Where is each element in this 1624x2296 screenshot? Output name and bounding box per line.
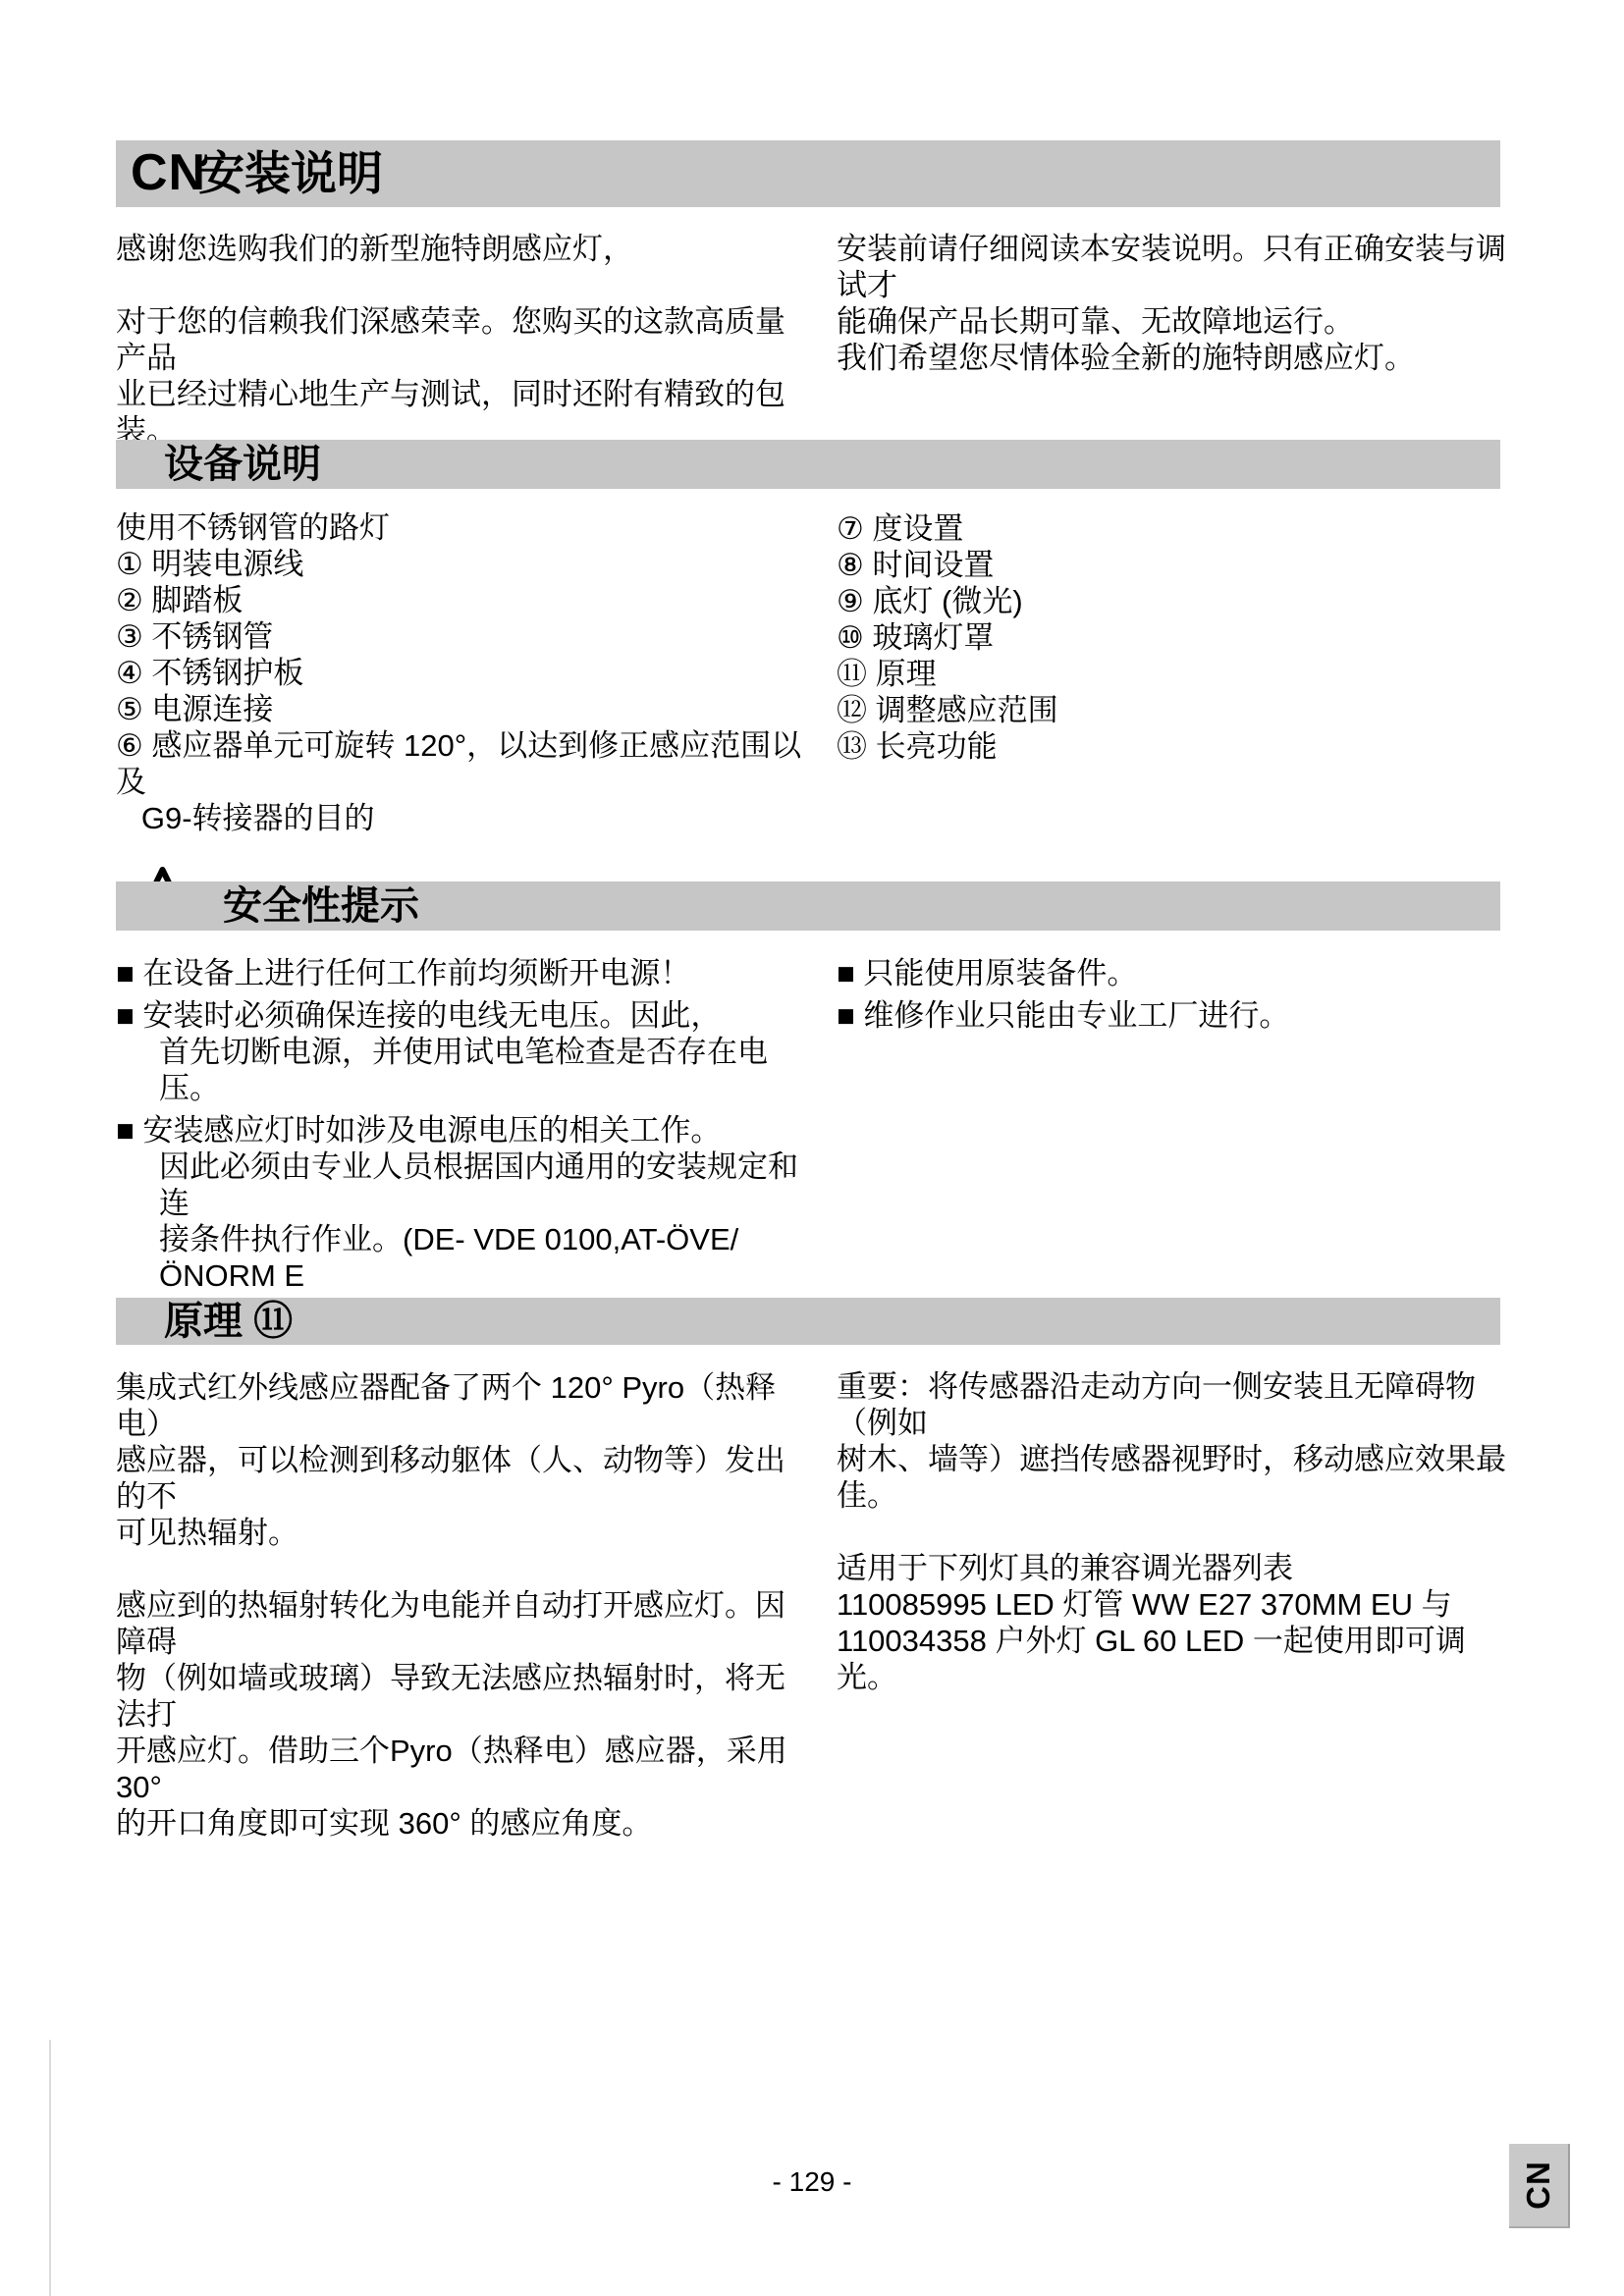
safety-bullet: ■ 在设备上进行任何工作前均须断开电源！ <box>116 955 809 991</box>
principle-section-heading: 原理 ⑪ <box>116 1298 293 1345</box>
safety-list-right: ■ 只能使用原装备件。 ■ 维修作业只能由专业工厂进行。 <box>837 955 1514 1040</box>
principle-left-paragraph: 集成式红外线感应器配备了两个 120° Pyro（热释电） 感应器，可以检测到移… <box>116 1369 809 1842</box>
title-bar: CN 安装说明 <box>116 140 1500 207</box>
intro-left-paragraph: 感谢您选购我们的新型施特朗感应灯， 对于您的信赖我们深感荣幸。您购买的这款高质量… <box>116 231 809 449</box>
intro-right-paragraph: 安装前请仔细阅读本安装说明。只有正确安装与调试才 能确保产品长期可靠、无故障地运… <box>837 231 1514 376</box>
principle-section-bar: 原理 ⑪ <box>116 1298 1500 1345</box>
safety-bullet: ■ 安装时必须确保连接的电线无电压。因此， 首先切断电源，并使用试电笔检查是否存… <box>116 997 809 1106</box>
device-section-heading: 设备说明 <box>116 440 321 489</box>
page-number: - 129 - <box>0 2163 1624 2200</box>
device-section-bar: 设备说明 <box>116 440 1500 489</box>
safety-list-left: ■ 在设备上进行任何工作前均须断开电源！ ■ 安装时必须确保连接的电线无电压。因… <box>116 955 809 1336</box>
principle-right-paragraph: 重要：将传感器沿走动方向一侧安装且无障碍物（例如 树木、墙等）遮挡传感器视野时，… <box>837 1368 1514 1695</box>
title-lang-code: CN <box>131 140 206 205</box>
safety-section-bar: 安全性提示 <box>116 881 1500 931</box>
safety-bullet: ■ 只能使用原装备件。 <box>837 955 1514 991</box>
device-list-left: 使用不锈钢管的路灯 ① 明装电源线 ② 脚踏板 ③ 不锈钢管 ④ 不锈钢护板 ⑤… <box>116 509 809 836</box>
language-tab: CN <box>1509 2144 1570 2228</box>
safety-section-heading: 安全性提示 <box>116 881 419 931</box>
manual-page: CN 安装说明 感谢您选购我们的新型施特朗感应灯， 对于您的信赖我们深感荣幸。您… <box>0 0 1624 2296</box>
language-tab-label: CN <box>1520 2161 1557 2210</box>
page-title: 安装说明 <box>198 140 383 207</box>
device-list-right: ⑦ 度设置 ⑧ 时间设置 ⑨ 底灯 (微光) ⑩ 玻璃灯罩 ⑪ 原理 ⑫ 调整感… <box>837 510 1514 765</box>
safety-bullet: ■ 维修作业只能由专业工厂进行。 <box>837 997 1514 1034</box>
